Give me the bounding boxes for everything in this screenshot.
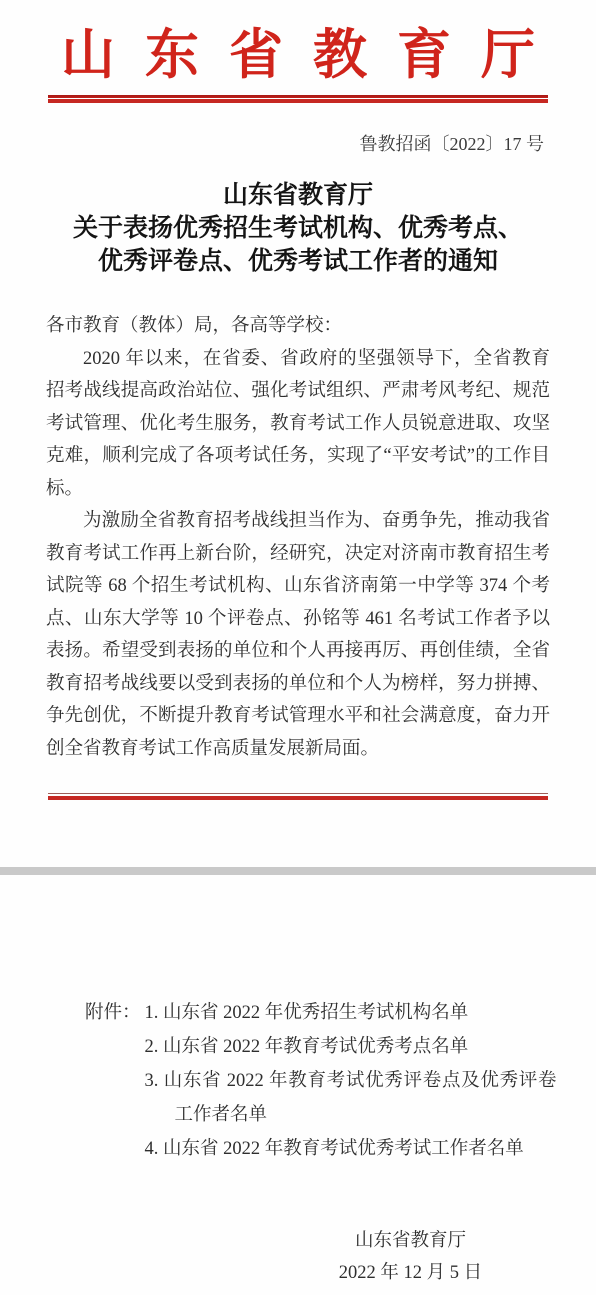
page-2: 附件： 1. 山东省 2022 年优秀招生考试机构名单 2. 山东省 2022 … <box>0 875 596 1295</box>
signature-date: 2022 年 12 月 5 日 <box>308 1257 513 1289</box>
attachment-item-1: 1. 山东省 2022 年优秀招生考试机构名单 <box>145 996 557 1030</box>
agency-letterhead: 山东省教育厅 <box>0 24 596 86</box>
attachment-item-2: 2. 山东省 2022 年教育考试优秀考点名单 <box>145 1030 557 1064</box>
document-scan: 山东省教育厅 鲁教招函〔2022〕17 号 山东省教育厅 关于表扬优秀招生考试机… <box>0 0 596 1295</box>
attachments-block: 附件： 1. 山东省 2022 年优秀招生考试机构名单 2. 山东省 2022 … <box>85 996 557 1166</box>
attachments-label: 附件： <box>85 996 141 1030</box>
letterhead-red-rule <box>48 95 548 103</box>
title-line-2: 关于表扬优秀招生考试机构、优秀考点、 <box>20 212 576 245</box>
attachments-list: 1. 山东省 2022 年优秀招生考试机构名单 2. 山东省 2022 年教育考… <box>145 996 557 1166</box>
page-break-gap <box>0 867 596 875</box>
title-line-1: 山东省教育厅 <box>20 179 576 212</box>
attachment-item-4: 4. 山东省 2022 年教育考试优秀考试工作者名单 <box>145 1132 557 1166</box>
document-number: 鲁教招函〔2022〕17 号 <box>0 133 544 155</box>
signature-block: 山东省教育厅 2022 年 12 月 5 日 <box>308 1225 513 1289</box>
attachment-item-3: 3. 山东省 2022 年教育考试优秀评卷点及优秀评卷工作者名单 <box>145 1064 557 1132</box>
document-body: 各市教育（教体）局，各高等学校： 2020 年以来，在省委、省政府的坚强领导下，… <box>46 310 550 765</box>
document-title: 山东省教育厅 关于表扬优秀招生考试机构、优秀考点、 优秀评卷点、优秀考试工作者的… <box>20 179 576 278</box>
signature-agency: 山东省教育厅 <box>308 1225 513 1257</box>
title-line-3: 优秀评卷点、优秀考试工作者的通知 <box>20 245 576 278</box>
footer-red-rule <box>48 793 548 800</box>
page-1: 山东省教育厅 鲁教招函〔2022〕17 号 山东省教育厅 关于表扬优秀招生考试机… <box>0 0 596 867</box>
salutation: 各市教育（教体）局，各高等学校： <box>46 310 550 343</box>
body-paragraph-1: 2020 年以来，在省委、省政府的坚强领导下，全省教育招考战线提高政治站位、强化… <box>46 343 550 506</box>
body-paragraph-2: 为激励全省教育招考战线担当作为、奋勇争先，推动我省教育考试工作再上新台阶，经研究… <box>46 505 550 765</box>
